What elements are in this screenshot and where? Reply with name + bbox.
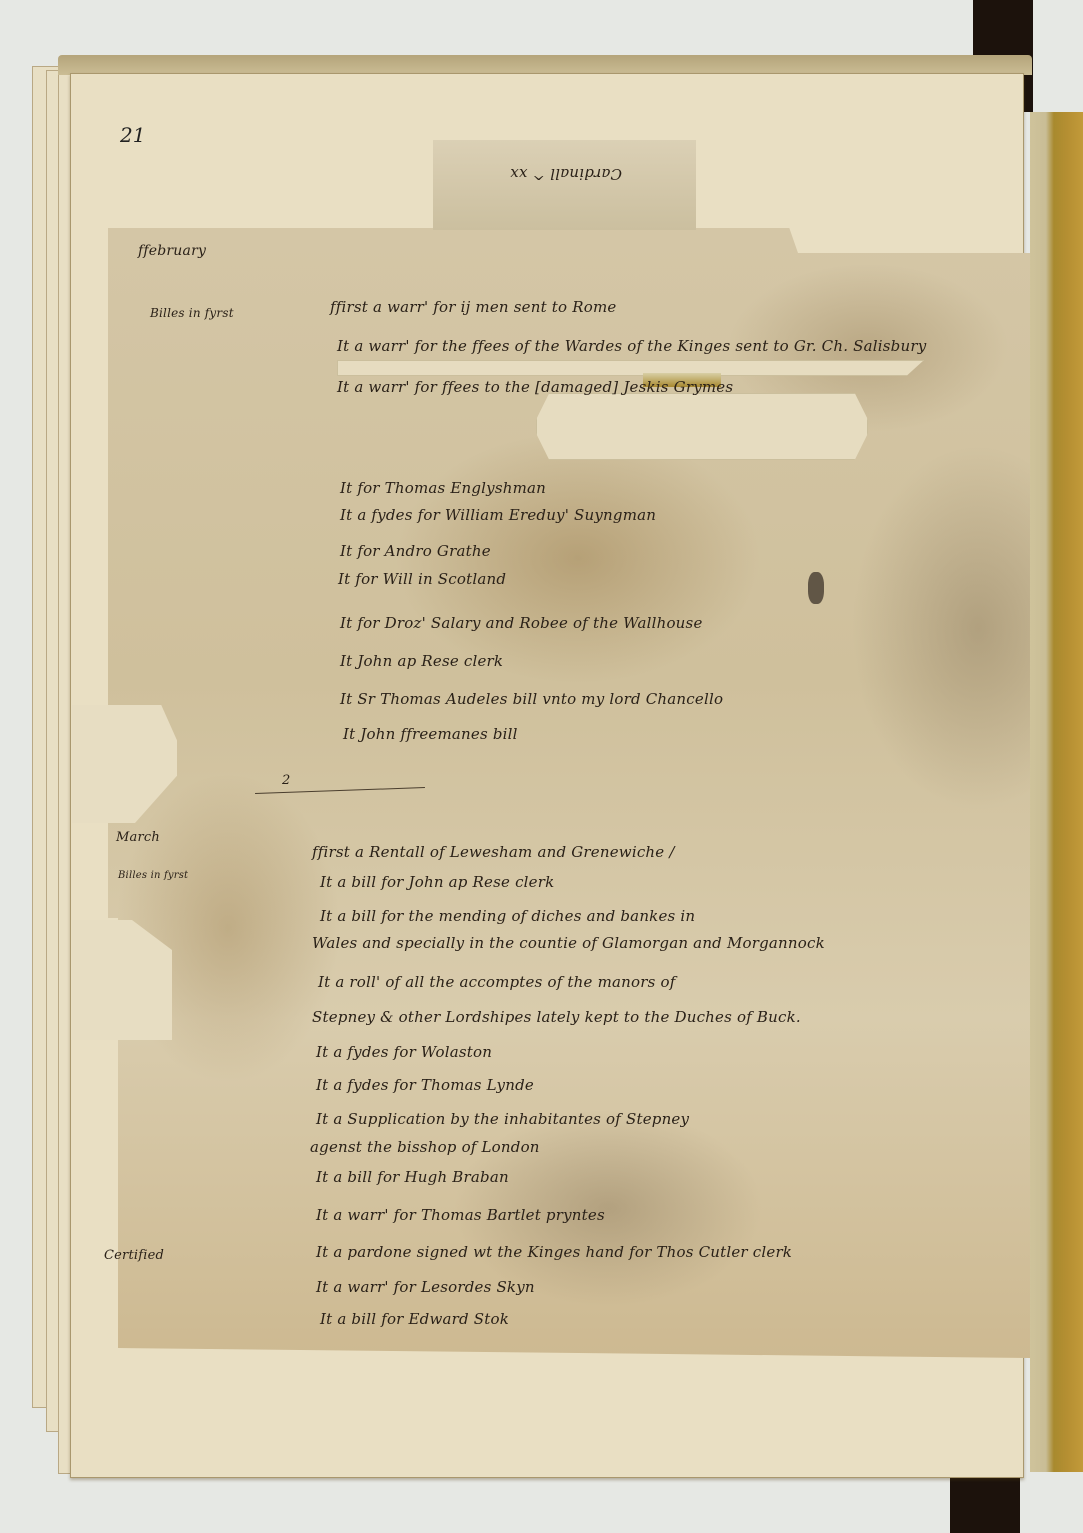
month-heading-february: ffebruary	[138, 243, 206, 259]
ink-blot	[808, 572, 824, 604]
margin-annotation-certified: Certified	[104, 1248, 164, 1263]
upside-down-note: Cardinall ^ xx	[510, 165, 622, 183]
entry-feb-4: It for Thomas Englyshman	[340, 479, 546, 497]
entry-feb-2: It a warr' for the ffees of the Wardes o…	[337, 337, 926, 355]
entry-feb-5: It a fydes for William Ereduy' Suyngman	[340, 506, 656, 524]
entry-mar-4: Wales and specially in the countie of Gl…	[312, 934, 825, 952]
entry-mar-8: It a fydes for Thomas Lynde	[316, 1076, 534, 1094]
margin-note-march: Billes in fyrst	[118, 870, 188, 881]
month-heading-march: March	[116, 830, 160, 845]
entry-mar-1: ffirst a Rentall of Lewesham and Grenewi…	[312, 843, 675, 861]
manuscript-top-tab	[433, 140, 696, 230]
binding-board	[1030, 112, 1083, 1472]
entry-feb-6: It for Andro Grathe	[340, 542, 491, 560]
top-binding-edge	[58, 55, 1032, 75]
repair-strip	[337, 360, 924, 376]
entry-feb-11: It John ffreemanes bill	[343, 725, 518, 743]
entry-mar-13: It a pardone signed wt the Kinges hand f…	[316, 1243, 792, 1261]
entry-mar-2: It a bill for John ap Rese clerk	[320, 873, 554, 891]
entry-mar-6: Stepney & other Lordshipes lately kept t…	[312, 1008, 801, 1026]
section-marker: 2	[282, 773, 290, 788]
entry-mar-5: It a roll' of all the accomptes of the m…	[318, 973, 675, 991]
binding-clamp-bottom	[950, 1470, 1020, 1533]
entry-mar-7: It a fydes for Wolaston	[316, 1043, 492, 1061]
entry-feb-9: It John ap Rese clerk	[340, 652, 503, 670]
margin-note-february: Billes in fyrst	[150, 306, 234, 320]
entry-mar-12: It a warr' for Thomas Bartlet pryntes	[316, 1206, 605, 1224]
entry-feb-7: It for Will in Scotland	[338, 570, 506, 588]
entry-feb-10: It Sr Thomas Audeles bill vnto my lord C…	[340, 690, 723, 708]
entry-mar-9: It a Supplication by the inhabitantes of…	[316, 1110, 689, 1128]
entry-feb-8: It for Droz' Salary and Robee of the Wal…	[340, 614, 703, 632]
entry-feb-3: It a warr' for ffees to the [damaged] Je…	[337, 378, 733, 396]
entry-mar-3: It a bill for the mending of diches and …	[320, 907, 695, 925]
entry-mar-11: It a bill for Hugh Braban	[316, 1168, 509, 1186]
entry-mar-15: It a bill for Edward Stok	[320, 1310, 509, 1328]
entry-mar-10: agenst the bisshop of London	[310, 1138, 540, 1156]
entry-feb-1: ffirst a warr' for ij men sent to Rome	[330, 298, 616, 316]
entry-mar-14: It a warr' for Lesordes Skyn	[316, 1278, 535, 1296]
folio-number: 21	[120, 123, 145, 147]
repair-patch	[536, 393, 868, 460]
